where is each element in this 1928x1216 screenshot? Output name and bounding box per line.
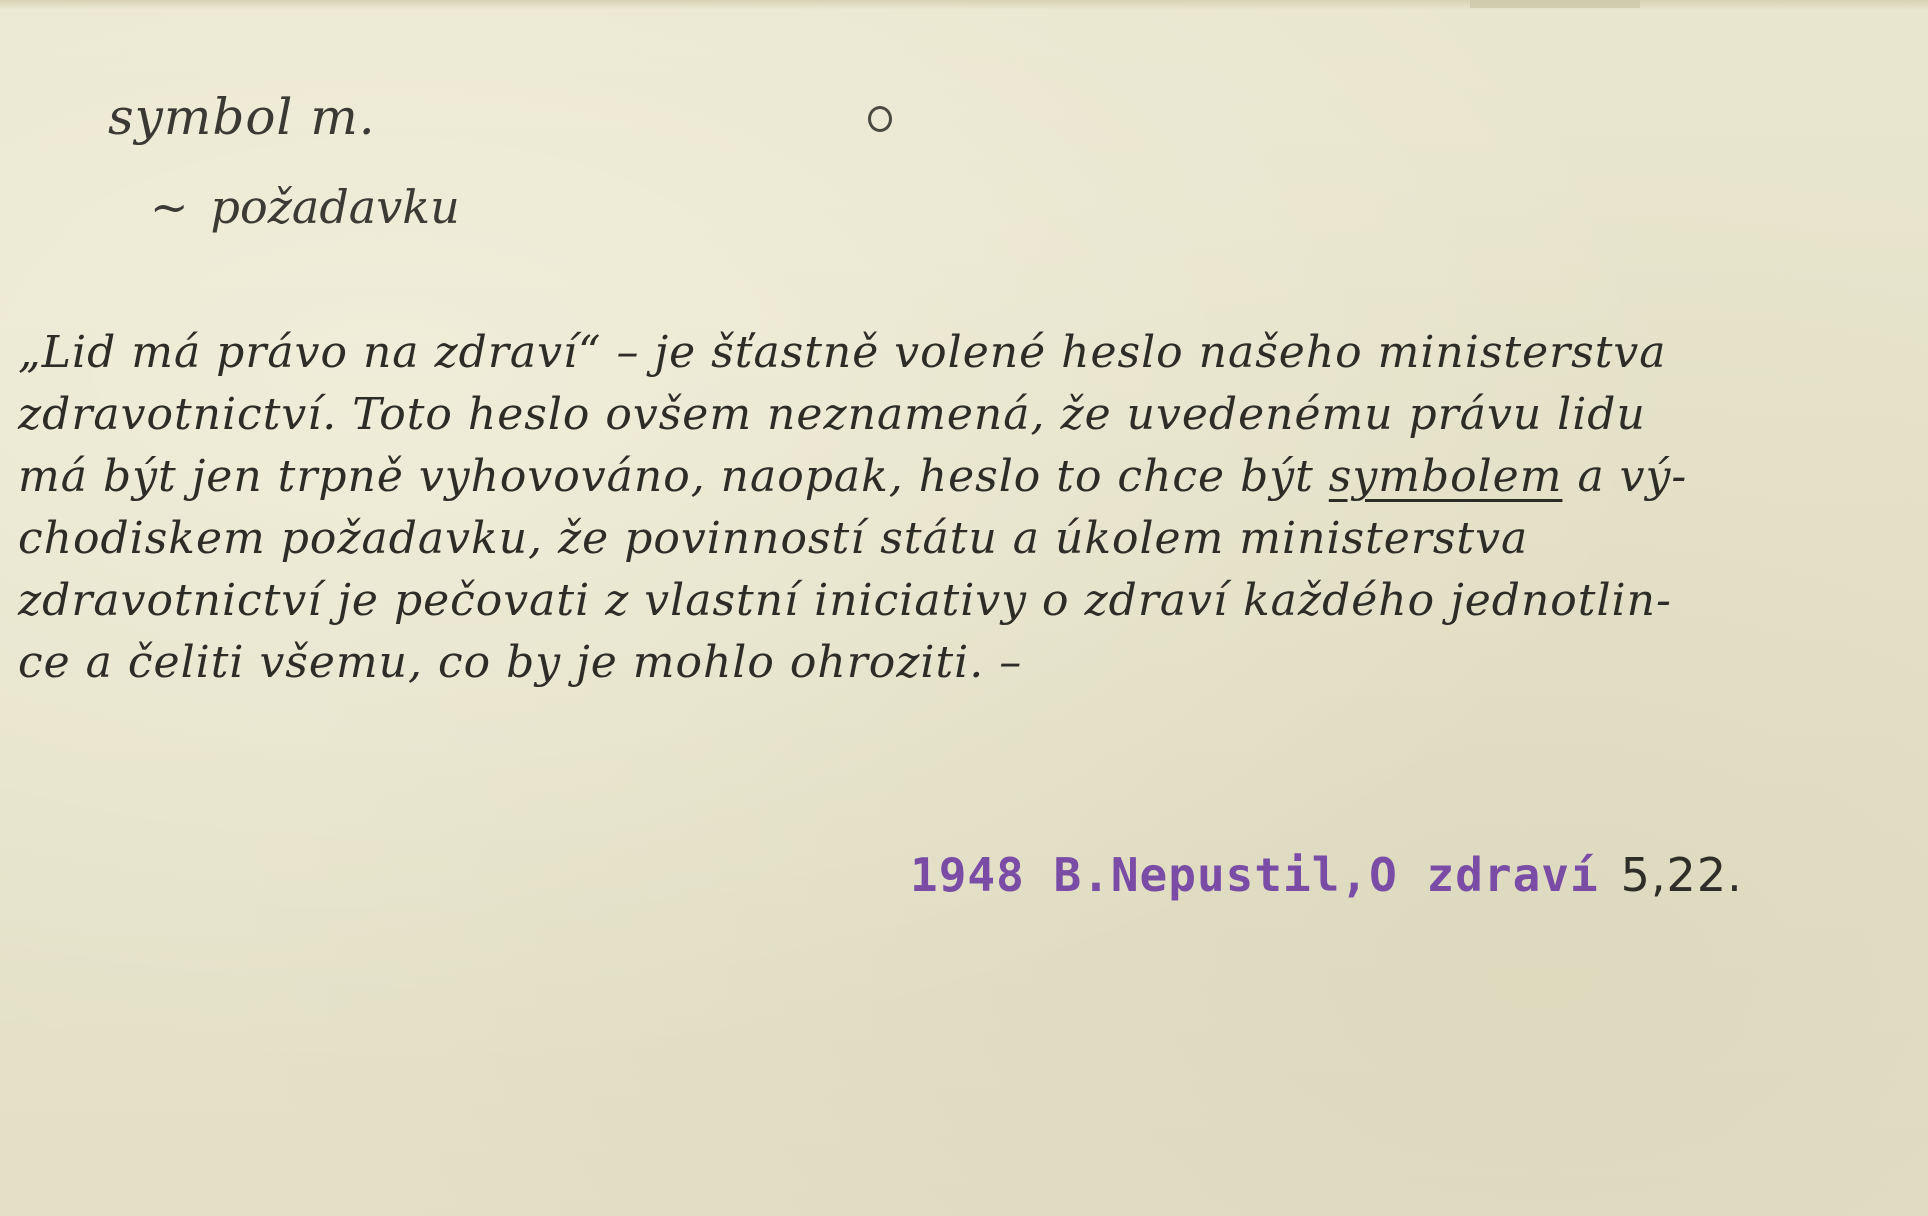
- underlined-headword: symbolem: [1329, 451, 1563, 502]
- circle-mark-icon: [868, 106, 892, 132]
- excerpt-line: zdravotnictví je pečovati z vlastní inic…: [18, 570, 1918, 632]
- edge-mark: [1470, 0, 1640, 8]
- source-page: 5,22.: [1621, 848, 1743, 902]
- headword: symbol m.: [108, 88, 376, 146]
- excerpt-line: zdravotnictví. Toto heslo ovšem neznamen…: [18, 384, 1918, 446]
- phrase-text: požadavku: [211, 180, 460, 234]
- source-stamp: 1948 B.Nepustil,O zdraví: [910, 848, 1599, 902]
- collocation-phrase: ~požadavku: [150, 180, 460, 234]
- excerpt-line-start: má být jen trpně vyhovováno, naopak, hes…: [18, 451, 1314, 502]
- excerpt-line: „Lid má právo na zdraví“ – je šťastně vo…: [18, 322, 1918, 384]
- excerpt-text: „Lid má právo na zdraví“ – je šťastně vo…: [18, 322, 1918, 694]
- excerpt-line-end: a vý-: [1577, 451, 1687, 502]
- excerpt-slip: symbol m. ~požadavku „Lid má právo na zd…: [0, 0, 1928, 1216]
- excerpt-line: ce a čeliti všemu, co by je mohlo ohrozi…: [18, 632, 1918, 694]
- source-citation: 1948 B.Nepustil,O zdraví5,22.: [910, 848, 1743, 902]
- excerpt-line: má být jen trpně vyhovováno, naopak, hes…: [18, 446, 1918, 508]
- tilde-mark: ~: [150, 180, 189, 234]
- paper-top-edge: [0, 0, 1928, 10]
- excerpt-line: chodiskem požadavku, že povinností státu…: [18, 508, 1918, 570]
